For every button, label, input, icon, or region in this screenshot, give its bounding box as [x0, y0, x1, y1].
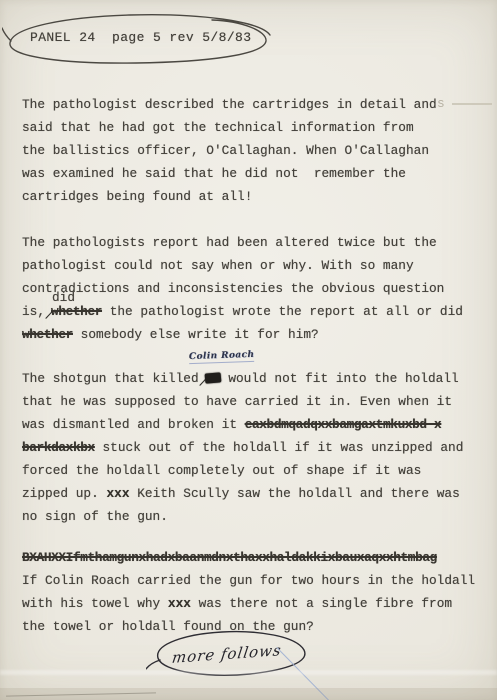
typed-text: with his towel why: [22, 596, 168, 611]
typed-text: was examined he said that he did not rem…: [22, 166, 406, 181]
typed-text: was dismantled and broken it: [22, 417, 245, 432]
typed-text: is,: [22, 304, 45, 319]
typed-line: whether somebody else write it for him?: [22, 323, 463, 346]
typed-text: was there not a single fibre from: [191, 596, 452, 611]
typed-text: The shotgun that killed: [22, 371, 199, 386]
typed-text: The pathologist described the cartridges…: [22, 97, 437, 112]
paragraph-cartridges: The pathologist described the cartridges…: [22, 93, 437, 208]
typed-over-xs: xxx: [106, 486, 129, 501]
typed-line: no sign of the gun.: [22, 505, 463, 528]
typed-line: was dismantled and broken it eaxbdmqadqx…: [22, 413, 463, 436]
typed-text: stuck out of the holdall if it was unzip…: [95, 440, 464, 455]
typed-text: would not fit into the holdall: [221, 371, 459, 386]
typed-text: forced the holdall completely out of sha…: [22, 463, 421, 478]
inserted-correction: did: [52, 290, 75, 305]
typed-line: If Colin Roach carried the gun for two h…: [22, 569, 475, 592]
crossed-out-word: whether: [51, 304, 102, 319]
typed-line: with his towel why xxx was there not a s…: [22, 592, 475, 615]
typed-text: cartridges being found at all!: [22, 189, 252, 204]
typed-line: zipped up. xxx Keith Scully saw the hold…: [22, 482, 463, 505]
paragraph-report-altered: The pathologists report had been altered…: [22, 231, 463, 346]
typed-line: The pathologists report had been altered…: [22, 231, 463, 254]
faint-pencil-dash: [452, 103, 492, 105]
typed-line: the ballistics officer, O'Callaghan. Whe…: [22, 139, 437, 162]
crossed-out-line: BXAHXXIfmthamgunxhadxbaanmdnxthaxxhaldak…: [22, 550, 437, 565]
typed-line: pathologist could not say when or why. W…: [22, 254, 463, 277]
typed-text: pathologist could not say when or why. W…: [22, 258, 414, 273]
typed-text: the pathologist wrote the report at all …: [102, 304, 463, 319]
typed-line: barkdaxkbx stuck out of the holdall if i…: [22, 436, 463, 459]
typed-line: was examined he said that he did not rem…: [22, 162, 437, 185]
typed-line: The shotgun that killed∕ would not fit i…: [22, 367, 463, 390]
typed-line: that he was supposed to have carried it …: [22, 390, 463, 413]
typed-text: that he was supposed to have carried it …: [22, 394, 452, 409]
typed-text: contradictions and inconsistencies the o…: [22, 281, 444, 296]
typed-line: is,∕whether the pathologist wrote the re…: [22, 300, 463, 323]
typed-text: If Colin Roach carried the gun for two h…: [22, 573, 475, 588]
faint-typed-mark: s: [437, 96, 445, 111]
typed-line: contradictions and inconsistencies the o…: [22, 277, 463, 300]
typed-line: cartridges being found at all!: [22, 185, 437, 208]
typed-text: said that he had got the technical infor…: [22, 120, 414, 135]
typed-line: said that he had got the technical infor…: [22, 116, 437, 139]
typed-text: the ballistics officer, O'Callaghan. Whe…: [22, 143, 429, 158]
typed-text: somebody else write it for him?: [73, 327, 319, 342]
scanned-page: PANEL 24 page 5 rev 5/8/83 The pathologi…: [0, 0, 497, 700]
typed-text: The pathologists report had been altered…: [22, 235, 437, 250]
paragraph-shotgun-holdall: The shotgun that killed∕ would not fit i…: [22, 367, 463, 528]
typed-line: BXAHXXIfmthamgunxhadxbaanmdnxthaxxhaldak…: [22, 546, 475, 569]
crossed-out-word: whether: [22, 327, 73, 342]
typed-text: zipped up.: [22, 486, 106, 501]
typed-over-xs: xxx: [168, 596, 191, 611]
paragraph-fibres-question: BXAHXXIfmthamgunxhadxbaanmdnxthaxxhaldak…: [22, 546, 475, 638]
typed-text: Keith Scully saw the holdall and there w…: [130, 486, 460, 501]
blacked-out-word: [204, 372, 221, 383]
crossed-out-text: barkdaxkbx: [22, 440, 95, 455]
handwritten-name-note: Colin Roach: [189, 350, 255, 364]
paper-crease: [0, 670, 497, 675]
typed-line: forced the holdall completely out of sha…: [22, 459, 463, 482]
typed-text: no sign of the gun.: [22, 509, 168, 524]
crossed-out-text: eaxbdmqadqxxbamgaxtmkuxbd x: [245, 417, 442, 432]
typed-line: The pathologist described the cartridges…: [22, 93, 437, 116]
